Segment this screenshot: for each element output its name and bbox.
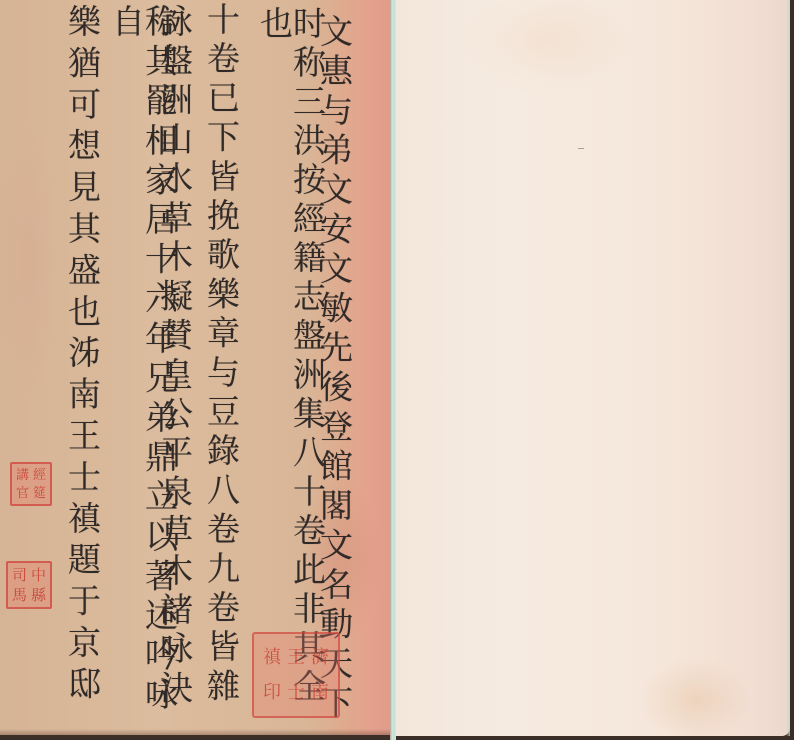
paper-speck bbox=[578, 148, 584, 149]
seal-char: 筵 bbox=[33, 487, 46, 500]
seal-char: 馬 bbox=[12, 588, 27, 603]
seal-jingyan-jiangguan: 經 筵 講 官 bbox=[10, 462, 52, 506]
left-page: 文惠与弟文安文敏先後登館閣文名動天下 时称三洪按經籍志盤洲集八十卷此非其全也 十… bbox=[0, 0, 392, 735]
seal-char: 經 bbox=[33, 469, 46, 482]
seal-char: 濟 bbox=[311, 649, 329, 667]
page-edge bbox=[786, 0, 790, 736]
page-shadow bbox=[0, 729, 392, 735]
seal-char: 王 bbox=[287, 649, 305, 667]
text-column-2: 时称三洪按經籍志盤洲集八十卷此非其全也 bbox=[258, 6, 324, 735]
text-column-6: 樂猶可想見其盛也泲南王士禛題于京邸 bbox=[66, 4, 99, 708]
seal-zhongxian-sima: 中 縣 司 馬 bbox=[6, 561, 52, 609]
seal-char: 印 bbox=[263, 684, 281, 702]
seal-char: 官 bbox=[16, 487, 29, 500]
seal-char: 講 bbox=[16, 469, 29, 482]
seal-char: 司 bbox=[12, 568, 27, 583]
text-column-5: 称其罷相家居十六年兄弟鼎立以著述吟咏自 bbox=[110, 4, 176, 735]
text-column-3: 十卷已下皆挽歌樂章与豆錄八卷九卷皆雜 bbox=[205, 2, 238, 708]
seal-char: 士 bbox=[287, 684, 305, 702]
book-spread: 文惠与弟文安文敏先後登館閣文名動天下 时称三洪按經籍志盤洲集八十卷此非其全也 十… bbox=[0, 0, 794, 740]
seal-char: 南 bbox=[311, 684, 329, 702]
seal-char: 禛 bbox=[263, 649, 281, 667]
seal-char: 縣 bbox=[31, 588, 46, 603]
seal-author: 濟 南 王 士 禛 印 bbox=[252, 632, 340, 718]
seal-char: 中 bbox=[31, 568, 46, 583]
right-page-blank bbox=[396, 0, 790, 736]
